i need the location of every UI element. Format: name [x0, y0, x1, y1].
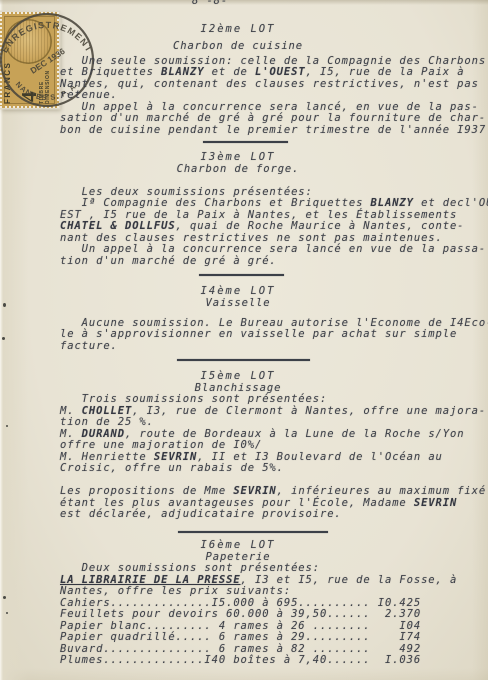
text-segment: M. — [60, 428, 82, 440]
text-line: Nantes, offre les prix suivants: — [60, 586, 488, 598]
text-segment: , inférieures au maximum fixé — [277, 485, 486, 497]
lot-15-section: I5ème LOT Blanchissage Trois soumissions… — [60, 371, 488, 521]
ink-speck — [6, 612, 8, 614]
lot-14-section: I4ème LOT Vaisselle Aucune soumission. L… — [60, 286, 488, 352]
lot-12-section: I2ème LOT Charbon de cuisine Une seule s… — [60, 24, 488, 136]
company-name: BLANZY — [371, 197, 414, 209]
company-name: LA LIBRAIRIE DE LA PRESSE — [60, 574, 241, 586]
text-line: Iª Compagnie des Charbons et Briquettes … — [60, 198, 488, 210]
section-divider — [203, 141, 288, 143]
lot-13-subtitle: Charbon de forge. — [60, 164, 416, 176]
text-line: est déclarée, adjudicataire provisoire. — [60, 509, 488, 521]
text-segment: et decl'OU — [414, 197, 488, 209]
text-line: et Briquettes BLANZY et de L'OUEST, I5, … — [60, 67, 488, 79]
ink-speck — [6, 425, 8, 427]
ink-speck — [2, 337, 5, 340]
text-segment: , I5, rue de la Paix à — [306, 66, 465, 78]
section-divider — [178, 531, 328, 533]
text-segment: et de — [204, 66, 255, 78]
text-line: CHATEL & DOLLFUS, quai de Roche Maurice … — [60, 221, 488, 233]
text-line: Croisic, offre un rabais de 5%. — [60, 463, 488, 475]
bidder-name: SEVRIN — [414, 497, 457, 509]
text-segment: M. — [60, 405, 82, 417]
lot-14-subtitle: Vaisselle — [60, 298, 416, 310]
lot-12-subtitle: Charbon de cuisine — [60, 41, 416, 53]
document-page: 8 -8- FRANCS 4 TIMBRE DIMENSION ENREGIST… — [0, 0, 488, 680]
bidder-name: SEVRIN — [154, 451, 197, 463]
price-list-row: Plumes..............I40 boîtes à 7,40...… — [60, 655, 488, 667]
lot-16-title: I6ème LOT — [60, 540, 416, 552]
text-line: bon de cuisine pendant le premier trimes… — [60, 125, 488, 137]
text-segment: Les propositions de Mme — [60, 485, 233, 497]
text-line: Nantes, qui, contenant des clauses restr… — [60, 79, 488, 91]
ink-speck — [3, 303, 6, 307]
text-line: sation d'un marché de gré à gré pour la … — [60, 113, 488, 125]
text-segment: , I3, rue de Clermont à Nantes, offre un… — [132, 405, 486, 417]
lot-12-title: I2ème LOT — [60, 24, 416, 36]
text-segment: , route de Bordeaux à la Lune de la Roch… — [125, 428, 464, 440]
price-list-row: Papier quadrillé..... 6 rames à 29......… — [60, 632, 488, 644]
page-number: 8 -8- — [192, 0, 228, 8]
text-line: le à s'approvisionner en vaisselle par a… — [60, 329, 488, 341]
text-segment: étant les plus avantageuses pour l'École… — [60, 497, 414, 509]
lot-13-section: I3ème LOT Charbon de forge. Les deux sou… — [60, 152, 488, 267]
lot-14-title: I4ème LOT — [60, 286, 416, 298]
bidder-name: SEVRIN — [233, 485, 276, 497]
section-divider — [199, 274, 284, 276]
lot-15-title: I5ème LOT — [60, 371, 416, 383]
text-segment: , quai de Roche Maurice à Nantes, conte- — [176, 220, 465, 232]
company-name: L'OUEST — [255, 66, 306, 78]
text-segment: M. Henriette — [60, 451, 154, 463]
bidder-name: CHOLLET — [82, 405, 133, 417]
company-name: BLANZY — [161, 66, 204, 78]
lot-16-section: I6ème LOT Papeterie Deux soumissions son… — [60, 540, 488, 667]
text-segment: , I3 et I5, rue de la Fosse, à — [241, 574, 458, 586]
text-line: facture. — [60, 341, 488, 353]
ink-speck — [3, 596, 6, 599]
section-divider — [177, 359, 310, 361]
text-line: Un appel à la concurrence sera lancé en … — [60, 244, 488, 256]
text-line: retenue. — [60, 90, 488, 102]
company-name: CHATEL & DOLLFUS — [60, 220, 176, 232]
text-segment: Iª Compagnie des Charbons et Briquettes — [60, 197, 371, 209]
bidder-name: DURAND — [82, 428, 125, 440]
lot-13-title: I3ème LOT — [60, 152, 416, 164]
text-line: tion d'un marché de gré à gré. — [60, 256, 488, 268]
text-segment: et Briquettes — [60, 66, 161, 78]
price-list-row: Feuillets pour devoirs 60.000 à 39,50...… — [60, 609, 488, 621]
text-segment: , II et I3 Boulevard de l'Océan au — [197, 451, 443, 463]
